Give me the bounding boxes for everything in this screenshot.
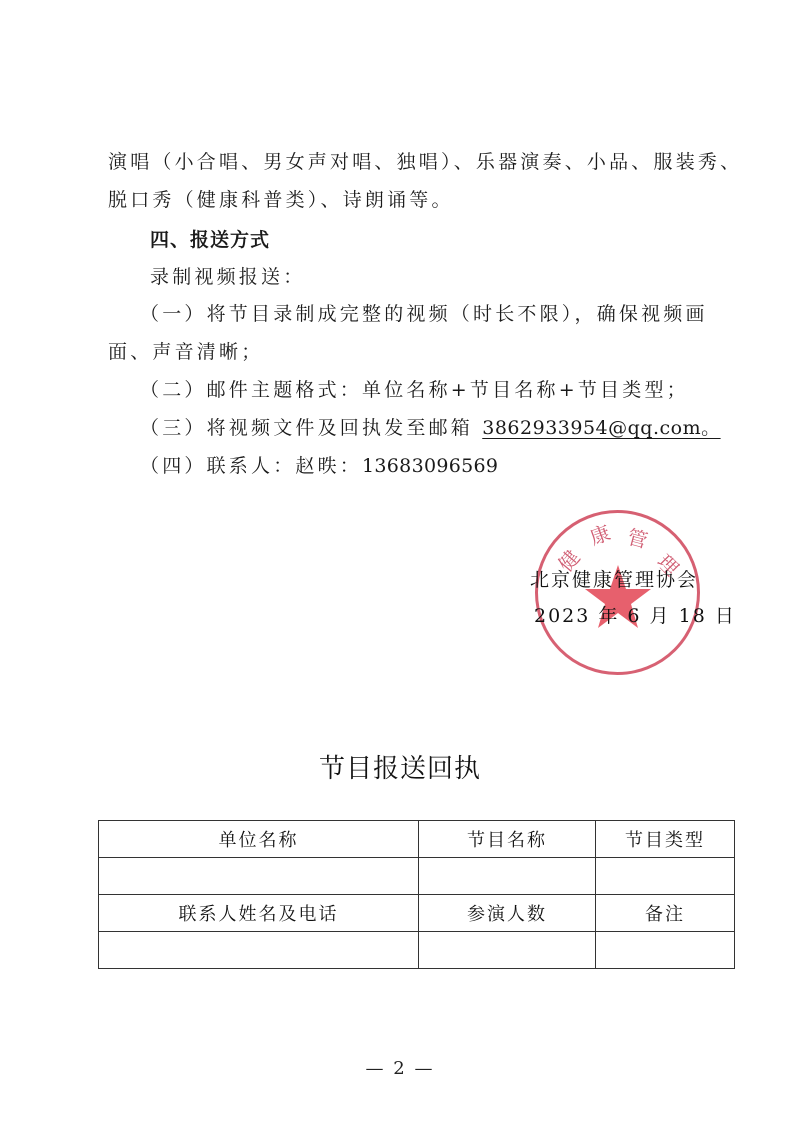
item-3: （三）将视频文件及回执发至邮箱 3862933954@qq.com。	[140, 416, 721, 440]
phone-number: 13683096569	[362, 455, 498, 477]
header-cell: 节目名称	[419, 821, 596, 858]
svg-text:管: 管	[625, 525, 651, 553]
header-cell: 单位名称	[99, 821, 419, 858]
item-4: （四）联系人：赵昳：13683096569	[140, 454, 498, 478]
header-cell: 备注	[596, 895, 735, 932]
input-cell[interactable]	[99, 858, 419, 895]
signature-date: 2023 年 6 月 18 日	[534, 604, 736, 628]
header-cell: 联系人姓名及电话	[99, 895, 419, 932]
submission-intro: 录制视频报送：	[150, 265, 305, 289]
item-1: （一）将节目录制成完整的视频（时长不限），确保视频画	[140, 302, 708, 326]
section-heading: 四、报送方式	[150, 228, 270, 252]
receipt-title: 节目报送回执	[0, 748, 800, 785]
input-cell[interactable]	[99, 932, 419, 969]
input-cell[interactable]	[596, 858, 735, 895]
table-row: 联系人姓名及电话 参演人数 备注	[99, 895, 735, 932]
official-seal: 健 康 管 理	[535, 510, 700, 675]
email-link[interactable]: 3862933954@qq.com。	[482, 417, 720, 439]
input-cell[interactable]	[419, 932, 596, 969]
header-cell: 参演人数	[419, 895, 596, 932]
item-1-cont: 面、声音清晰；	[108, 340, 263, 364]
item-4-text: （四）联系人：赵昳：	[140, 455, 362, 477]
paragraph-line: 演唱（小合唱、男女声对唱、独唱）、乐器演奏、小品、服装秀、	[108, 150, 742, 174]
paragraph-line: 脱口秀（健康科普类）、诗朗诵等。	[108, 188, 454, 212]
header-cell: 节目类型	[596, 821, 735, 858]
receipt-table: 单位名称 节目名称 节目类型 联系人姓名及电话 参演人数 备注	[98, 820, 735, 969]
input-cell[interactable]	[596, 932, 735, 969]
table-row	[99, 932, 735, 969]
input-cell[interactable]	[419, 858, 596, 895]
item-2: （二）邮件主题格式：单位名称+节目名称+节目类型；	[140, 378, 689, 402]
svg-text:康: 康	[587, 520, 614, 549]
table-row: 单位名称 节目名称 节目类型	[99, 821, 735, 858]
item-3-text: （三）将视频文件及回执发至邮箱	[140, 417, 482, 439]
star-icon: 健 康 管 理	[538, 513, 698, 673]
signature-organization: 北京健康管理协会	[530, 568, 698, 592]
page-number: — 2 —	[0, 1058, 800, 1079]
table-row	[99, 858, 735, 895]
